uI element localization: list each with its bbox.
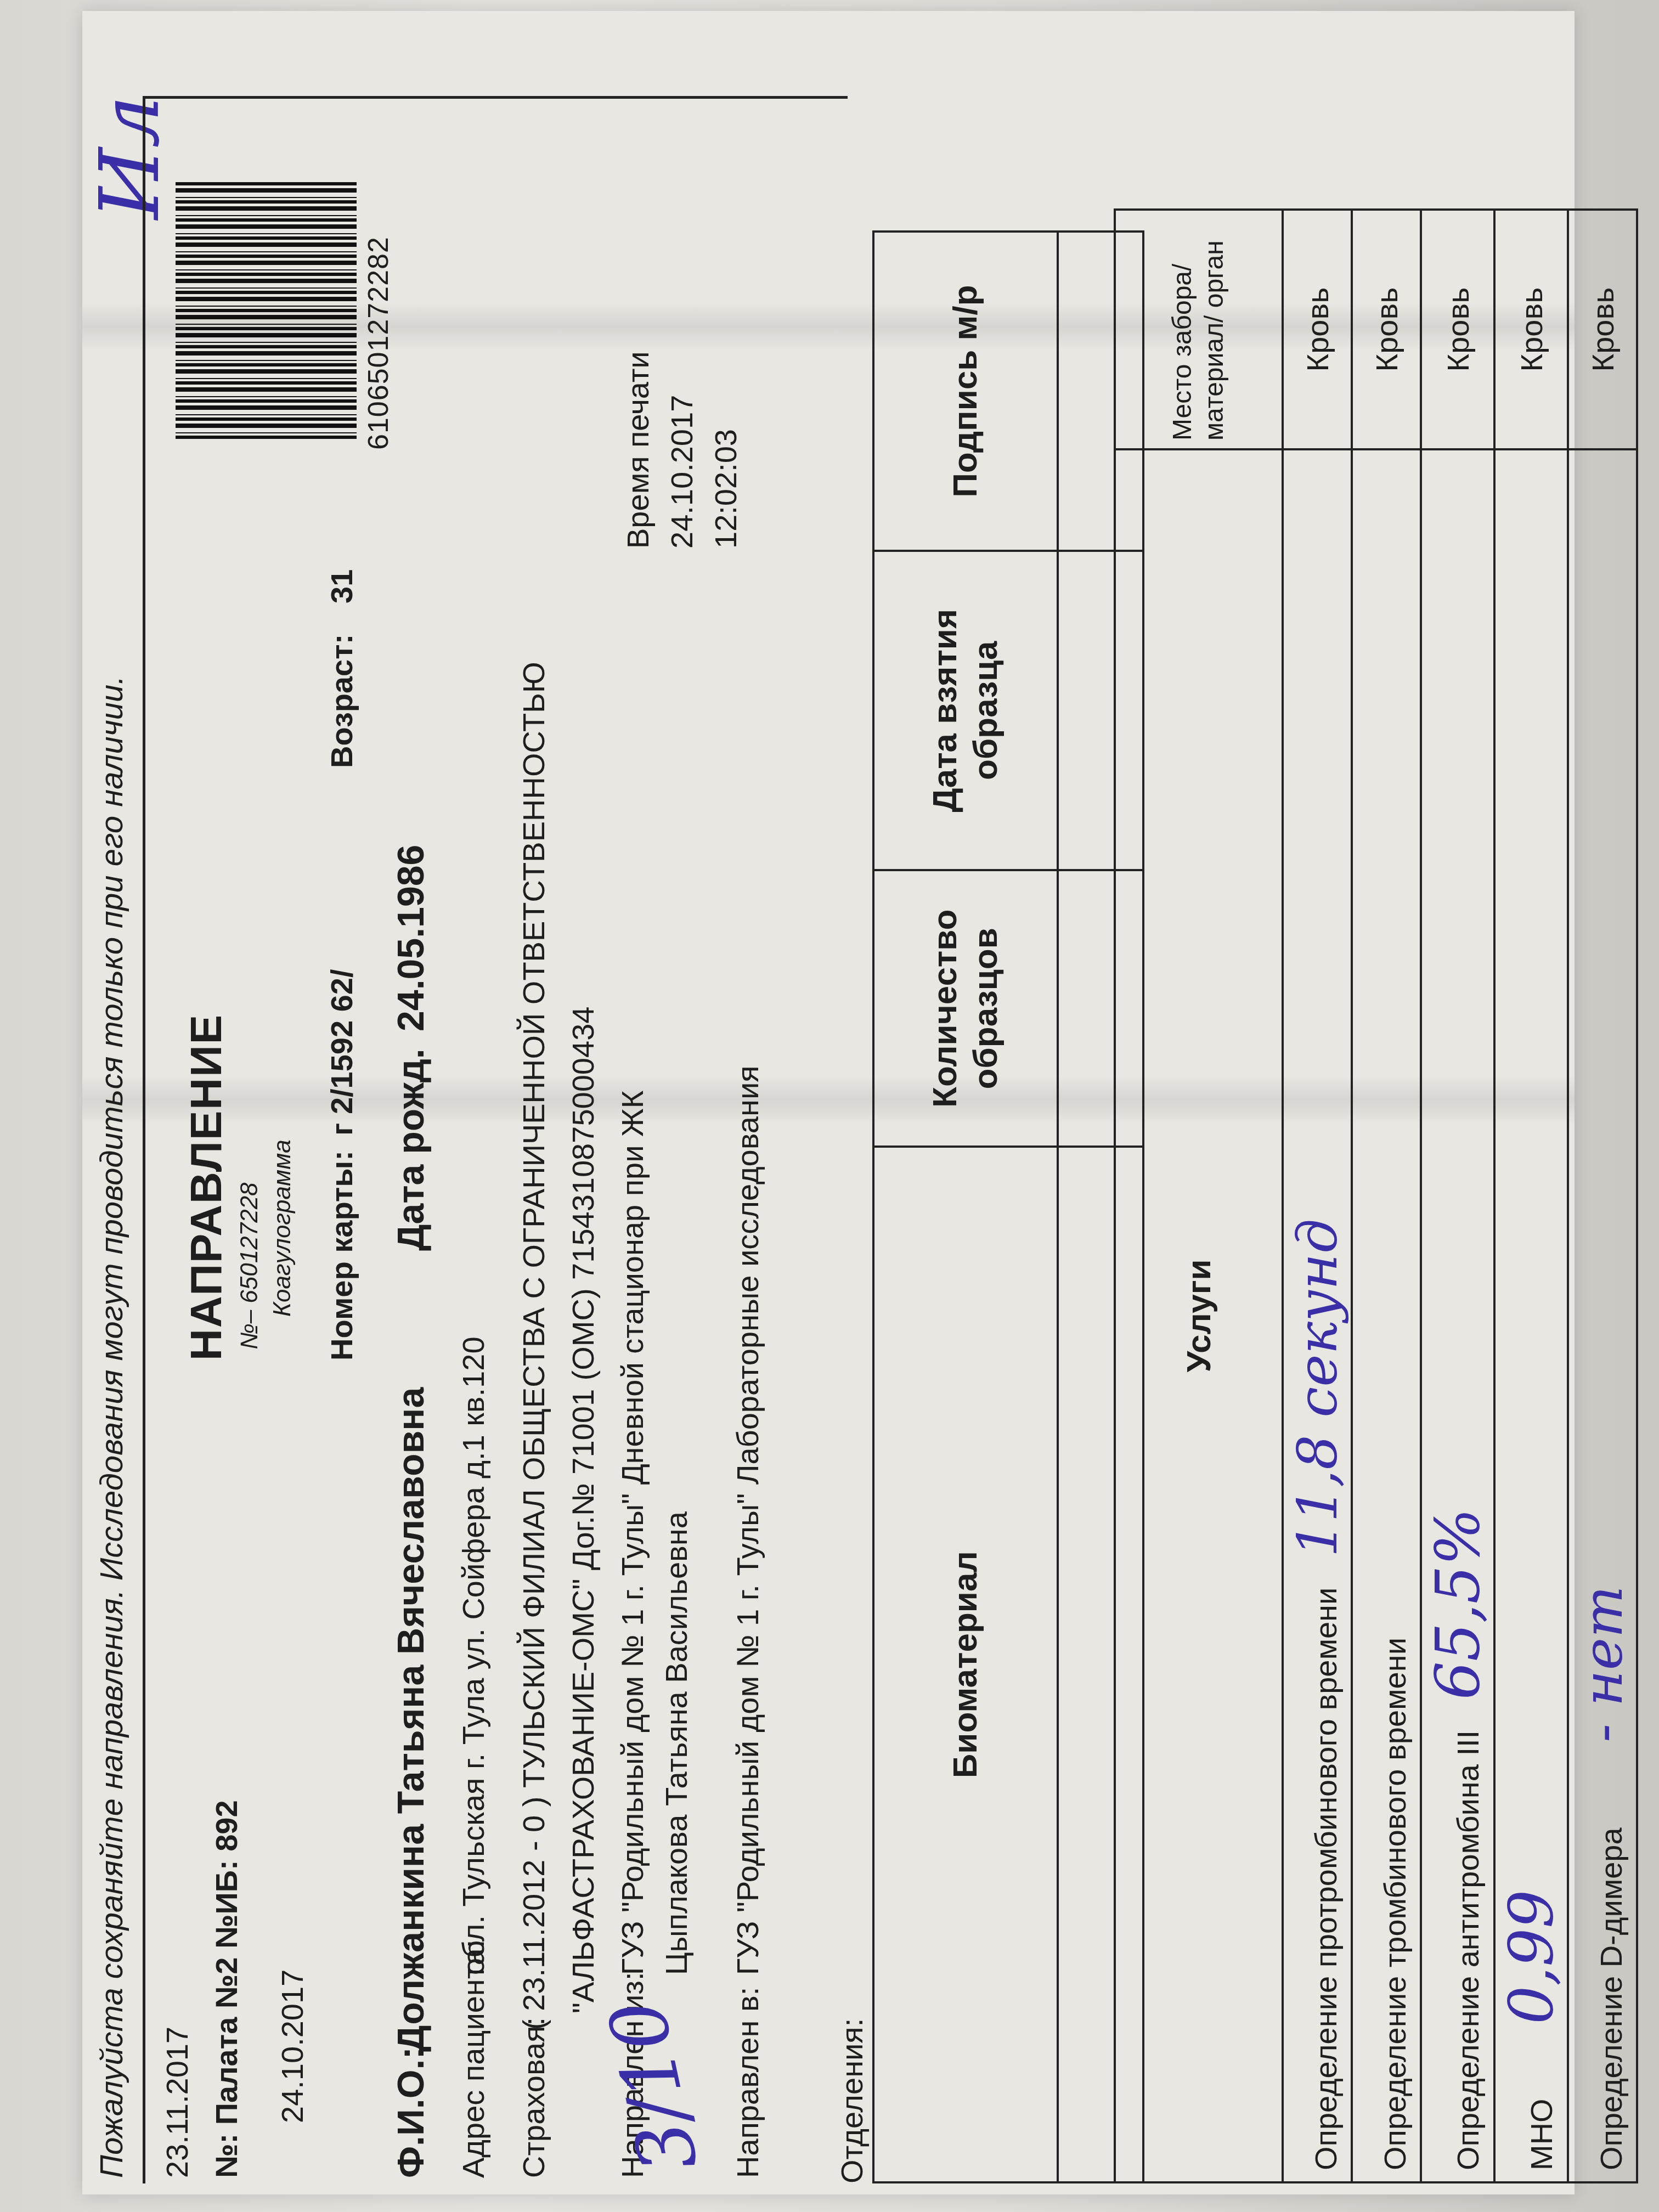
birth-date-value: 24.05.1986	[390, 845, 432, 1031]
address-value: обл. Тульская г. Тула ул. Сойфера д.1 кв…	[455, 1336, 491, 1975]
service-name: МНО 0,99	[1494, 449, 1568, 2182]
address-label: Адрес пациента:	[455, 1940, 491, 2179]
date-line: 23.11.2017	[159, 2027, 195, 2178]
ward-line: №: Палата №2 №ИБ: 892	[208, 1800, 244, 2178]
service-name: Определение D-димера - нет	[1568, 449, 1637, 2182]
birth-date-label: Дата рожд.	[390, 1048, 432, 1251]
header-sample-date: Дата взятия образца	[873, 551, 1058, 870]
doctor-name: Цыплакова Татьяна Васильевна	[658, 1511, 694, 1975]
place-cell: Кровь	[1494, 210, 1568, 449]
sent-to-label: Направлен в:	[730, 1987, 765, 2178]
header-sample-count: Количество образцов	[873, 870, 1058, 1147]
place-cell: Кровь	[1352, 210, 1421, 449]
sent-to-value: ГУЗ "Родильный дом № 1 г. Тулы" Лаборато…	[730, 1065, 765, 1975]
insurance-line2: "АЛЬФАСТРАХОВАНИЕ-ОМС" Дог.№ 71001 (ОМС)…	[565, 1007, 601, 2013]
insurance-label: Страховая:	[516, 2017, 551, 2178]
print-time-label: Время печати	[620, 351, 656, 549]
print-date: 24.10.2017	[664, 395, 699, 549]
sent-from-value: ГУЗ "Родильный дом № 1 г. Тулы" Дневной …	[614, 1091, 650, 1975]
age-label: Возраст:	[324, 634, 359, 768]
top-note: Пожалуйста сохраняйте направления. Иссле…	[93, 676, 130, 2178]
age-value: 31	[324, 569, 359, 603]
place-cell: Кровь	[1283, 210, 1352, 449]
service-name: Определение протромбинового времени 11,8…	[1283, 449, 1352, 2182]
header-biomaterial: Биоматериал	[873, 1147, 1058, 2182]
department-label: Отделения:	[834, 2018, 870, 2183]
print-time: 12:02:03	[708, 429, 743, 549]
result-value: 65,5%	[1423, 1508, 1493, 1700]
result-value: - нет	[1571, 1585, 1635, 1742]
service-name: Определение антитромбина III 65,5%	[1421, 449, 1494, 2182]
barcode-number: 6106501272282	[362, 236, 395, 450]
result-value: 0,99	[1496, 1890, 1566, 2024]
sample-table: Биоматериал Количество образцов Дата взя…	[872, 230, 1144, 2183]
header-services: Услуги	[1115, 449, 1283, 2182]
patient-name-label: Ф.И.О.:	[390, 2047, 432, 2178]
document-title: НАПРАВЛЕНИЕ	[181, 1014, 232, 1361]
table-row: МНО 0,99 Кровь	[1494, 210, 1568, 2182]
patient-name: Должанкина Татьяна Вячеславовна	[390, 1387, 432, 2052]
table-row: Определение тромбинового времени Кровь	[1352, 210, 1421, 2182]
place-cell: Кровь	[1568, 210, 1637, 449]
services-table: Услуги Место забора/ материал/ орган Опр…	[1114, 208, 1638, 2183]
barcode	[176, 181, 357, 439]
table-row: Определение D-димера - нет Кровь	[1568, 210, 1637, 2182]
header-nurse-signature: Подпись м/р	[873, 232, 1058, 551]
service-name: Определение тромбинового времени	[1352, 449, 1421, 2182]
issue-date: 24.10.2017	[274, 1970, 310, 2123]
insurance-line1: ( 23.11.2012 - 0 ) ТУЛЬСКИЙ ФИЛИАЛ ОБЩЕС…	[516, 662, 551, 2030]
table-row: Определение протромбинового времени 11,8…	[1283, 210, 1352, 2182]
referral-document: Пожалуйста сохраняйте направления. Иссле…	[82, 11, 1575, 2194]
document-number: №– 650127228	[236, 1182, 263, 1350]
table-row: Определение антитромбина III 65,5% Кровь	[1421, 210, 1494, 2182]
test-type: Коагулограмма	[269, 1139, 296, 1317]
card-number-label: Номер карты:	[324, 1150, 359, 1361]
place-cell: Кровь	[1421, 210, 1494, 449]
header-place: Место забора/ материал/ орган	[1115, 210, 1283, 449]
card-number-value: г 2/1592 62/	[324, 969, 359, 1136]
result-value: 11,8 секунд	[1285, 1219, 1350, 1558]
